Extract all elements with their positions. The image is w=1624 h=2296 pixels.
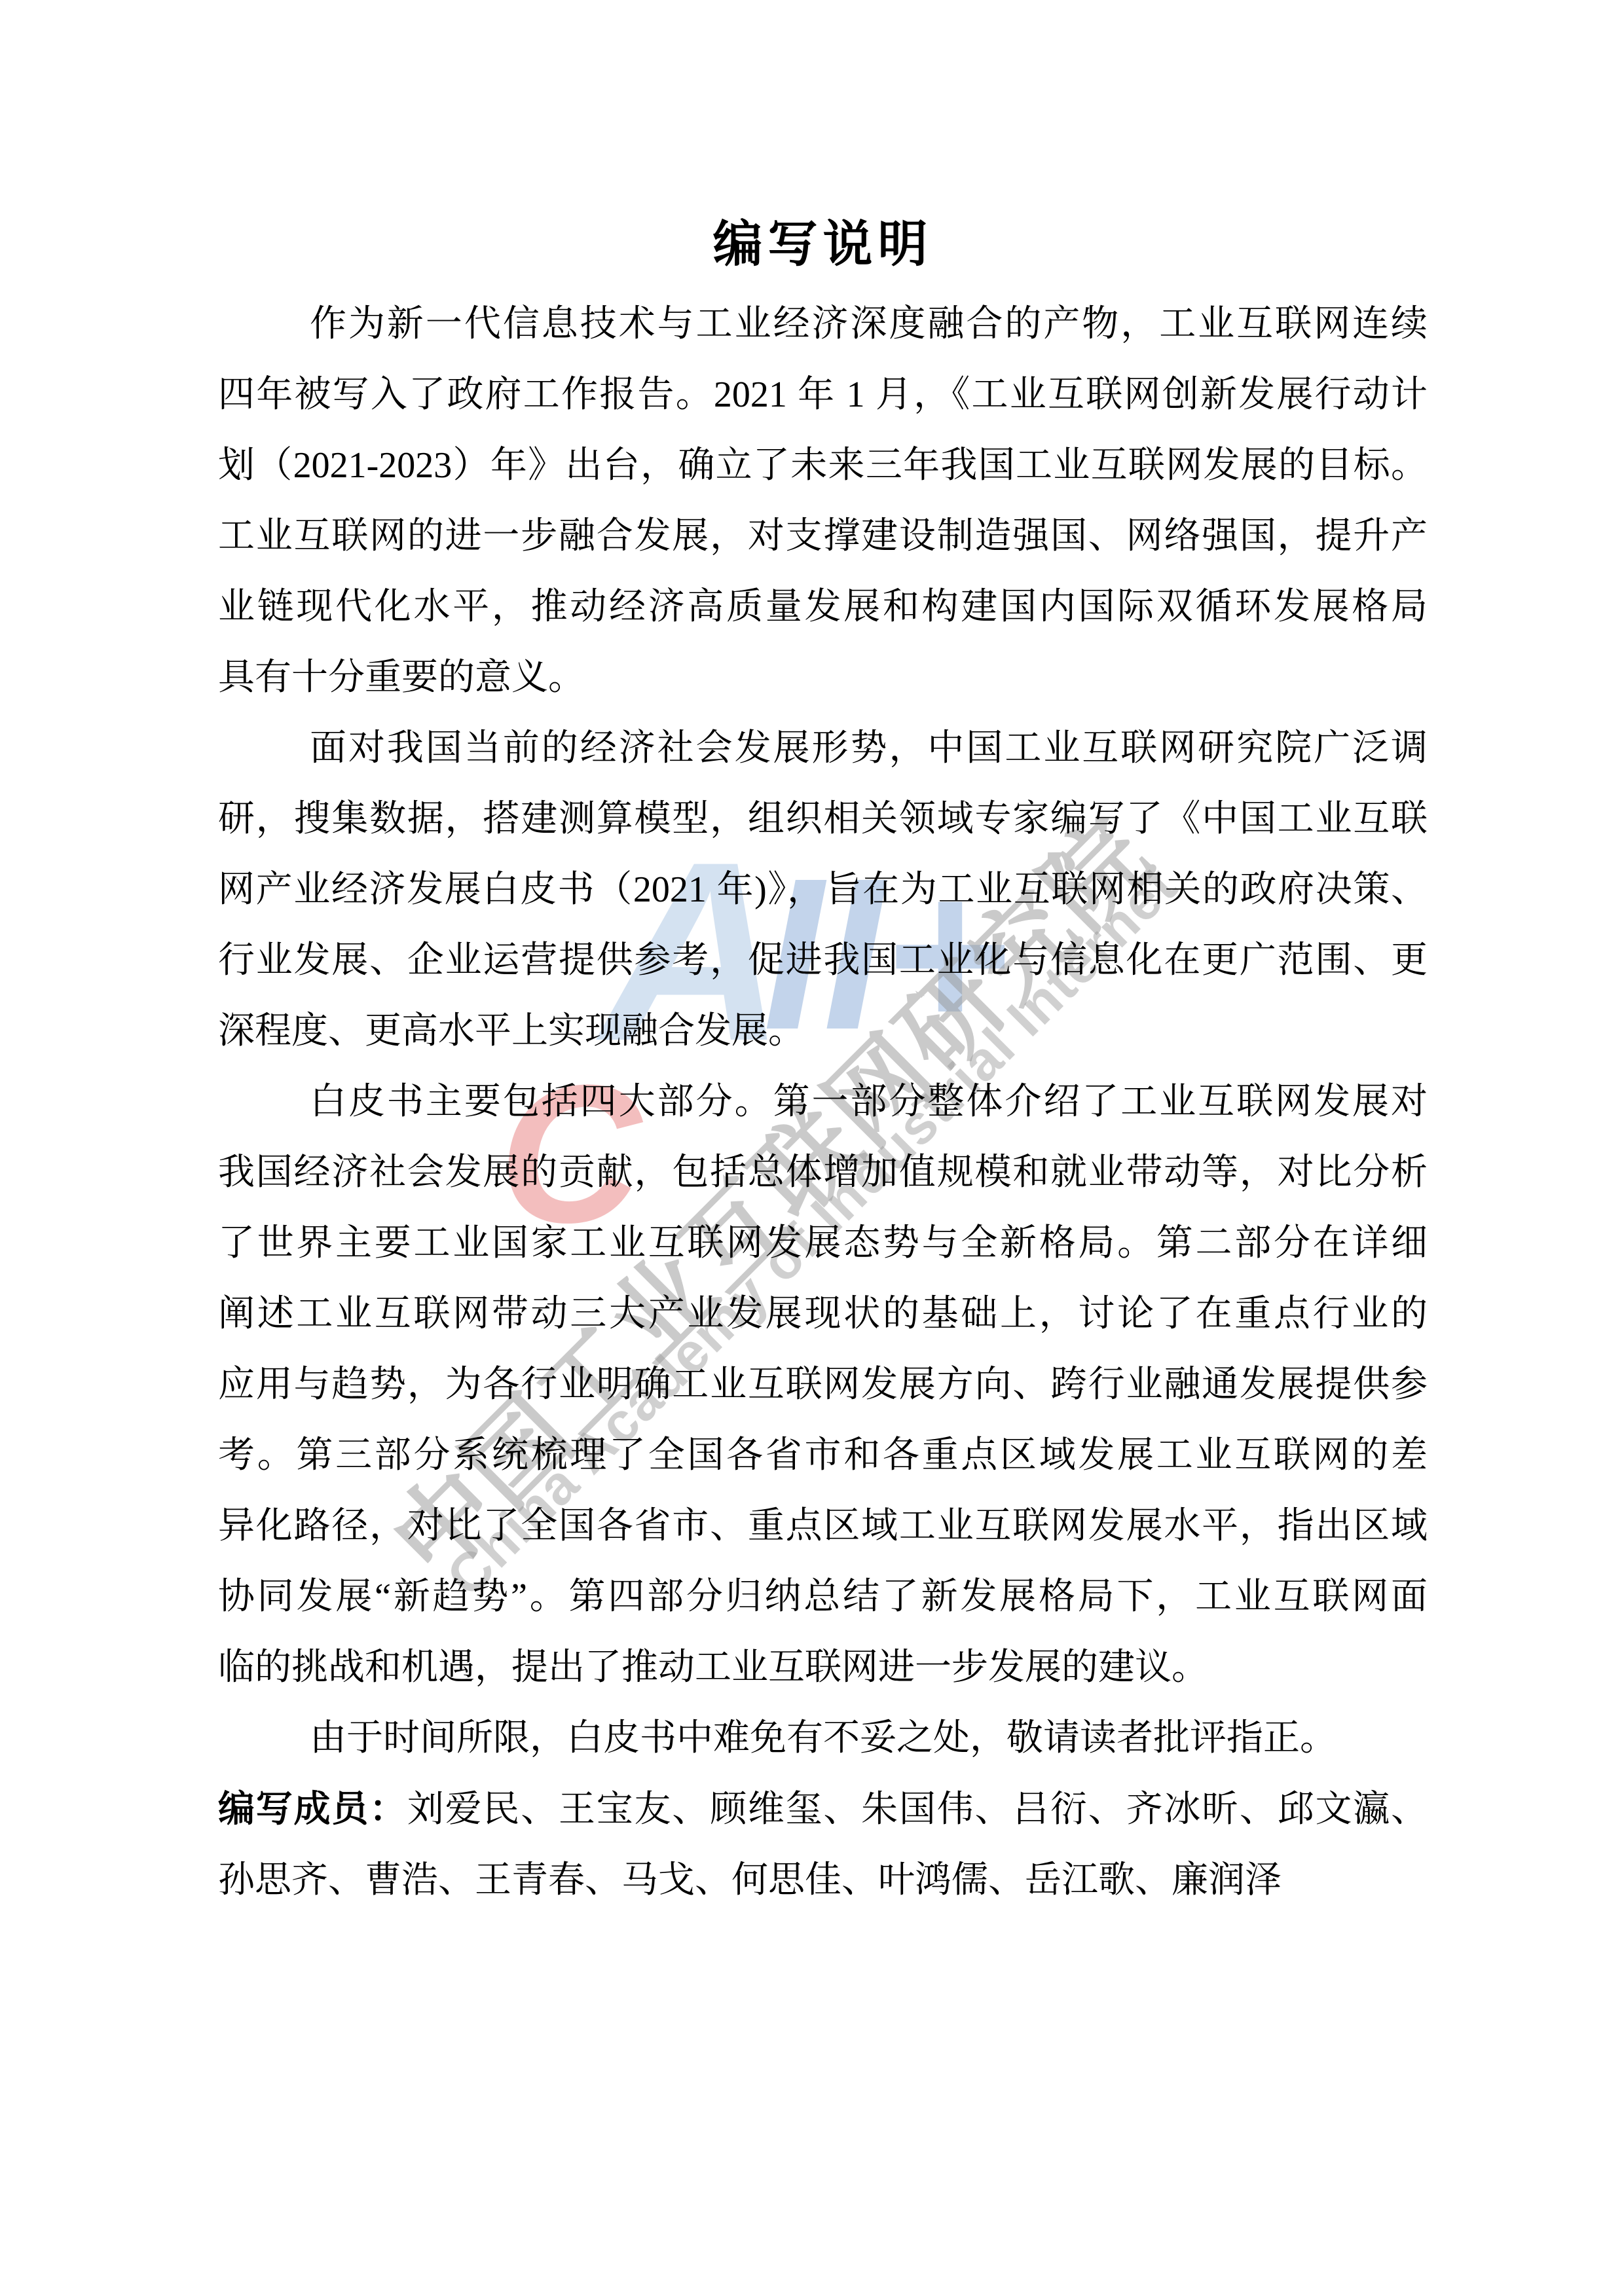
- paragraph: 面对我国当前的经济社会发展形势，中国工业互联网研究院广泛调研，搜集数据，搭建测算…: [218, 713, 1428, 1066]
- text-line: 应用与趋势，为各行业明确工业互联网发展方向、跨行业融通发展提供参: [218, 1349, 1428, 1420]
- body-text: 作为新一代信息技术与工业经济深度融合的产物，工业互联网连续四年被写入了政府工作报…: [218, 289, 1428, 1916]
- page-title: 编写说明: [218, 215, 1428, 274]
- paragraph: 编写成员：刘爱民、王宝友、顾维玺、朱国伟、吕衍、齐冰昕、邱文瀛、孙思齐、曹浩、王…: [218, 1774, 1428, 1916]
- text-line: 编写成员：刘爱民、王宝友、顾维玺、朱国伟、吕衍、齐冰昕、邱文瀛、: [218, 1774, 1428, 1845]
- members-label: 编写成员：: [218, 1788, 407, 1829]
- paragraph: 作为新一代信息技术与工业经济深度融合的产物，工业互联网连续四年被写入了政府工作报…: [218, 289, 1428, 713]
- text-line: 四年被写入了政府工作报告。2021 年 1 月，《工业互联网创新发展行动计: [218, 359, 1428, 430]
- text-line: 由于时间所限，白皮书中难免有不妥之处，敬请读者批评指正。: [218, 1703, 1428, 1774]
- text-line: 行业发展、企业运营提供参考，促进我国工业化与信息化在更广范围、更: [218, 925, 1428, 996]
- paragraph: 由于时间所限，白皮书中难免有不妥之处，敬请读者批评指正。: [218, 1703, 1428, 1774]
- text-line: 白皮书主要包括四大部分。第一部分整体介绍了工业互联网发展对: [218, 1066, 1428, 1137]
- text-line: 研，搜集数据，搭建测算模型，组织相关领域专家编写了《中国工业互联: [218, 784, 1428, 854]
- text-line: 协同发展“新趋势”。第四部分归纳总结了新发展格局下，工业互联网面: [218, 1561, 1428, 1632]
- text-line: 划（2021-2023）年》出台，确立了未来三年我国工业互联网发展的目标。: [218, 430, 1428, 501]
- text-line: 网产业经济发展白皮书（2021 年)》，旨在为工业互联网相关的政府决策、: [218, 854, 1428, 925]
- text-line: 业链现代化水平，推动经济高质量发展和构建国内国际双循环发展格局: [218, 572, 1428, 642]
- text-line: 临的挑战和机遇，提出了推动工业互联网进一步发展的建议。: [218, 1632, 1428, 1703]
- paragraph: 白皮书主要包括四大部分。第一部分整体介绍了工业互联网发展对我国经济社会发展的贡献…: [218, 1066, 1428, 1703]
- text-line: 工业互联网的进一步融合发展，对支撑建设制造强国、网络强国，提升产: [218, 501, 1428, 572]
- document-page: C A II+ 中国工业互联网研究院 China Academy of Indu…: [0, 0, 1624, 2296]
- text-line: 孙思齐、曹浩、王青春、马戈、何思佳、叶鸿儒、岳江歌、廉润泽: [218, 1845, 1428, 1916]
- text-line: 作为新一代信息技术与工业经济深度融合的产物，工业互联网连续: [218, 289, 1428, 359]
- text-line: 面对我国当前的经济社会发展形势，中国工业互联网研究院广泛调: [218, 713, 1428, 784]
- text-line: 我国经济社会发展的贡献，包括总体增加值规模和就业带动等，对比分析: [218, 1137, 1428, 1208]
- text-line: 了世界主要工业国家工业互联网发展态势与全新格局。第二部分在详细: [218, 1208, 1428, 1279]
- text-line: 考。第三部分系统梳理了全国各省市和各重点区域发展工业互联网的差: [218, 1420, 1428, 1491]
- text-line: 异化路径，对比了全国各省市、重点区域工业互联网发展水平，指出区域: [218, 1491, 1428, 1561]
- text-line: 阐述工业互联网带动三大产业发展现状的基础上，讨论了在重点行业的: [218, 1279, 1428, 1349]
- text-line: 具有十分重要的意义。: [218, 642, 1428, 713]
- text-line: 深程度、更高水平上实现融合发展。: [218, 996, 1428, 1066]
